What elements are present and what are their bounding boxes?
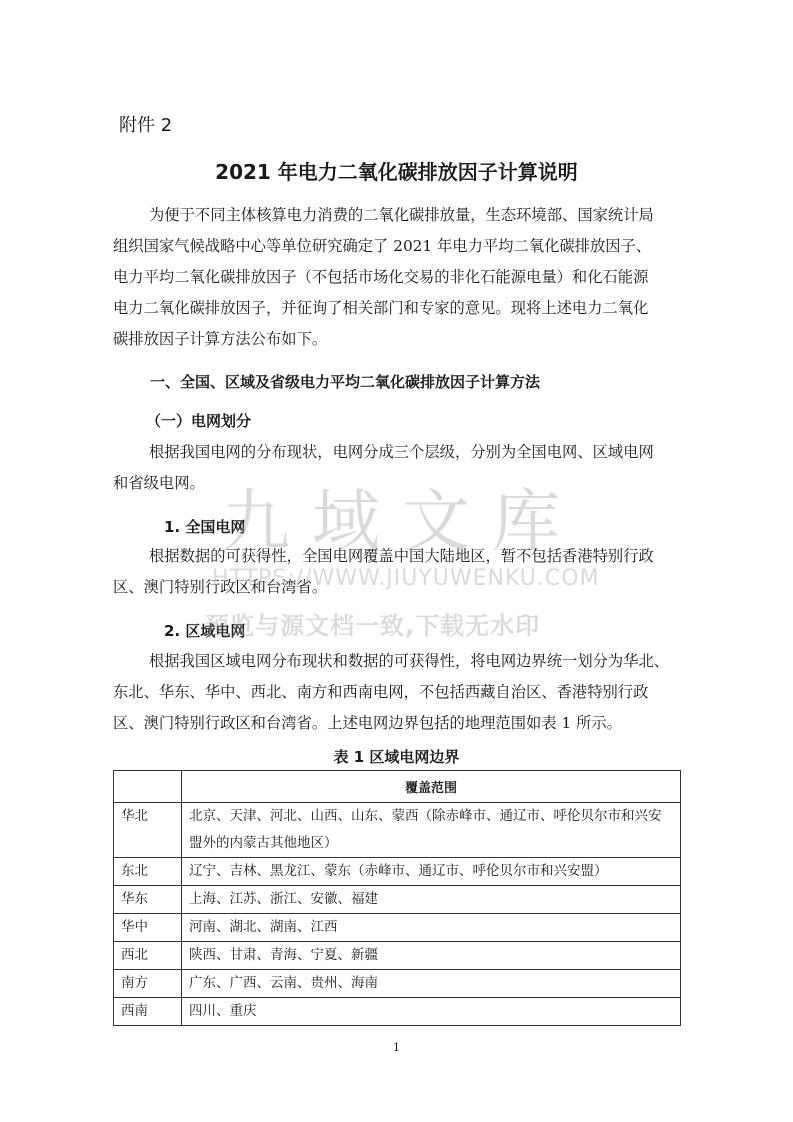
table-row: 西南 四川、重庆: [114, 998, 681, 1026]
header-cell-region: [114, 771, 182, 803]
table-row: 南方 广东、广西、云南、贵州、海南: [114, 970, 681, 998]
national-grid-paragraph: 根据数据的可获得性，全国电网覆盖中国大陆地区，暂不包括香港特别行政 区、澳门特别…: [113, 541, 683, 603]
text-line: 根据我国电网的分布现状，电网分成三个层级，分别为全国电网、区域电网: [113, 437, 683, 468]
subsection-heading: （一）电网划分: [146, 410, 251, 431]
table-row: 东北 辽宁、吉林、黑龙江、蒙东（赤峰市、通辽市、呼伦贝尔市和兴安盟）: [114, 858, 681, 886]
coverage-line: 盟外的内蒙古其他地区）: [189, 830, 673, 857]
text-line: 根据我国区域电网分布现状和数据的可获得性，将电网边界统一划分为华北、: [113, 646, 683, 677]
item-heading-regional: 2. 区域电网: [164, 620, 245, 641]
text-line: 组织国家气候战略中心等单位研究确定了 2021 年电力平均二氧化碳排放因子、: [113, 231, 683, 262]
coverage-cell: 河南、湖北、湖南、江西: [182, 914, 681, 942]
text-line: 根据数据的可获得性，全国电网覆盖中国大陆地区，暂不包括香港特别行政: [113, 541, 683, 572]
coverage-line: 北京、天津、河北、山西、山东、蒙西（除赤峰市、通辽市、呼伦贝尔市和兴安: [189, 803, 673, 830]
table-caption: 表 1 区域电网边界: [0, 746, 793, 767]
regional-grid-paragraph: 根据我国区域电网分布现状和数据的可获得性，将电网边界统一划分为华北、 东北、华东…: [113, 646, 683, 739]
coverage-cell: 辽宁、吉林、黑龙江、蒙东（赤峰市、通辽市、呼伦贝尔市和兴安盟）: [182, 858, 681, 886]
text-line: 区、澳门特别行政区和台湾省。: [113, 572, 683, 603]
text-line: 区、澳门特别行政区和台湾省。上述电网边界包括的地理范围如表 1 所示。: [113, 708, 683, 739]
intro-paragraph: 为便于不同主体核算电力消费的二氧化碳排放量，生态环境部、国家统计局 组织国家气候…: [113, 200, 683, 355]
header-cell-coverage: 覆盖范围: [182, 771, 681, 803]
coverage-cell: 北京、天津、河北、山西、山东、蒙西（除赤峰市、通辽市、呼伦贝尔市和兴安 盟外的内…: [182, 803, 681, 858]
section-heading: 一、全国、区域及省级电力平均二氧化碳排放因子计算方法: [150, 371, 540, 392]
coverage-cell: 陕西、甘肃、青海、宁夏、新疆: [182, 942, 681, 970]
region-cell: 华东: [114, 886, 182, 914]
region-cell: 华中: [114, 914, 182, 942]
text-line: 为便于不同主体核算电力消费的二氧化碳排放量，生态环境部、国家统计局: [113, 200, 683, 231]
coverage-cell: 四川、重庆: [182, 998, 681, 1026]
grid-division-paragraph: 根据我国电网的分布现状，电网分成三个层级，分别为全国电网、区域电网 和省级电网。: [113, 437, 683, 499]
region-cell: 南方: [114, 970, 182, 998]
table-row: 华中 河南、湖北、湖南、江西: [114, 914, 681, 942]
text-line: 和省级电网。: [113, 468, 683, 499]
attachment-label: 附件 2: [119, 111, 172, 137]
watermark-notice: 预览与源文档一致,下载无水印: [205, 606, 540, 641]
page-number: 1: [0, 1041, 793, 1054]
document-page: 附件 2 2021 年电力二氧化碳排放因子计算说明 为便于不同主体核算电力消费的…: [0, 0, 793, 1122]
region-cell: 西南: [114, 998, 182, 1026]
coverage-cell: 广东、广西、云南、贵州、海南: [182, 970, 681, 998]
regional-grid-table: 覆盖范围 华北 北京、天津、河北、山西、山东、蒙西（除赤峰市、通辽市、呼伦贝尔市…: [113, 770, 681, 1026]
text-line: 电力二氧化碳排放因子，并征询了相关部门和专家的意见。现将上述电力二氧化: [113, 293, 683, 324]
text-line: 电力平均二氧化碳排放因子（不包括市场化交易的非化石能源电量）和化石能源: [113, 262, 683, 293]
table-header-row: 覆盖范围: [114, 771, 681, 803]
text-line: 碳排放因子计算方法公布如下。: [113, 324, 683, 355]
coverage-cell: 上海、江苏、浙江、安徽、福建: [182, 886, 681, 914]
text-line: 东北、华东、华中、西北、南方和西南电网，不包括西藏自治区、香港特别行政: [113, 677, 683, 708]
region-cell: 华北: [114, 803, 182, 858]
document-title: 2021 年电力二氧化碳排放因子计算说明: [0, 156, 793, 185]
region-cell: 西北: [114, 942, 182, 970]
item-heading-national: 1. 全国电网: [164, 516, 245, 537]
region-cell: 东北: [114, 858, 182, 886]
table-row: 华东 上海、江苏、浙江、安徽、福建: [114, 886, 681, 914]
table-row: 西北 陕西、甘肃、青海、宁夏、新疆: [114, 942, 681, 970]
table-row: 华北 北京、天津、河北、山西、山东、蒙西（除赤峰市、通辽市、呼伦贝尔市和兴安 盟…: [114, 803, 681, 858]
